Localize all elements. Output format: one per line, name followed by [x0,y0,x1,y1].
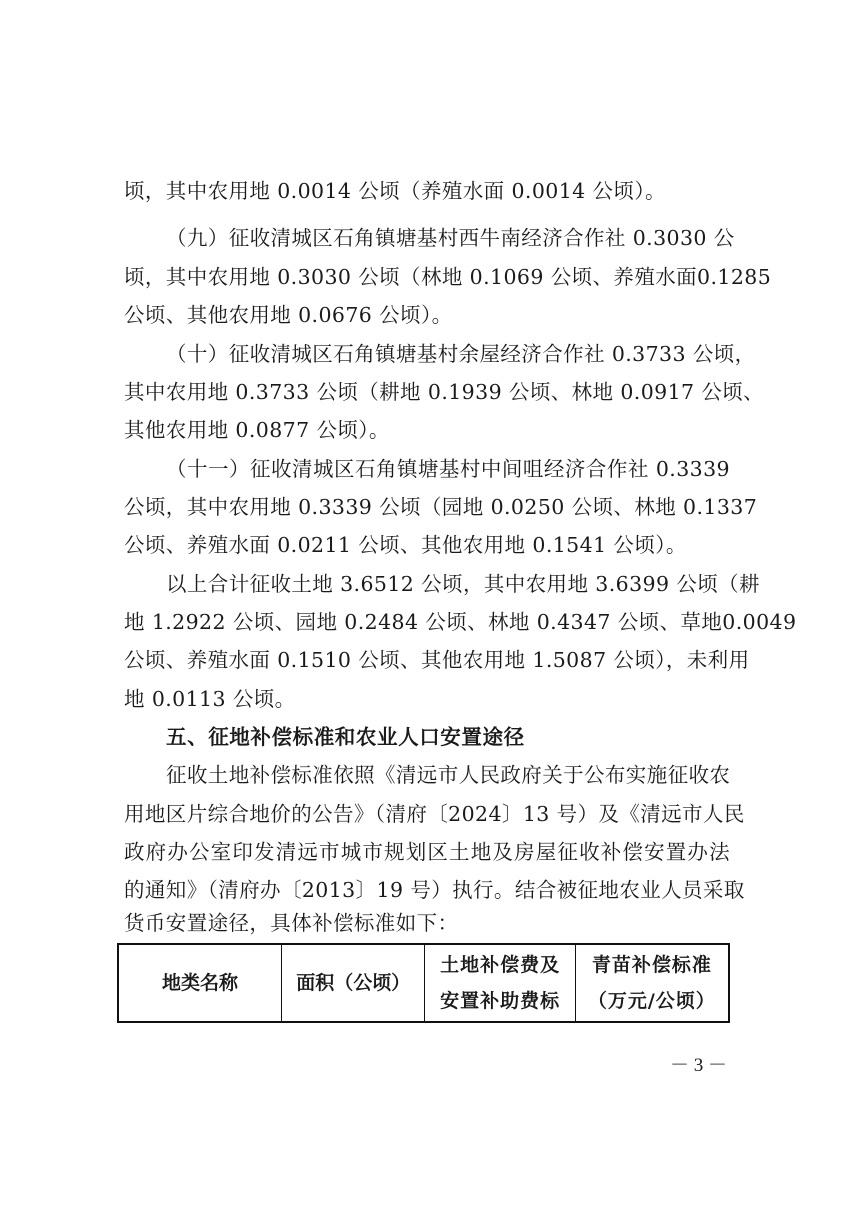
section-paragraph-line-3: 政府办公室印发清远市城市规划区土地及房屋征收补偿安置办法 [124,837,730,867]
section-paragraph-line-4: 的通知》（清府办〔2013〕19 号）执行。结合被征地农业人员采取 [124,875,730,905]
paragraph-total-line-2: 地 1.2922 公顷、园地 0.2484 公顷、林地 0.4347 公顷、草地… [124,607,730,637]
paragraph-item-10-line-1: （十）征收清城区石角镇塘基村余屋经济合作社 0.3733 公顷， [166,339,730,369]
header-crop-compensation-line-2: （万元/公顷） [576,983,728,1019]
header-area-label: 面积（公顷） [296,972,410,994]
section-paragraph-line-2: 用地区片综合地价的公告》（清府〔2024〕13 号）及《清远市人民 [124,799,730,829]
paragraph-item-11-line-1: （十一）征收清城区石角镇塘基村中间咀经济合作社 0.3339 [166,454,730,484]
header-land-compensation-line-2: 安置补助费标 [425,983,574,1019]
header-land-compensation: 土地补偿费及 安置补助费标 [425,944,575,1022]
paragraph-item-10-line-3: 其他农用地 0.0877 公顷）。 [124,415,730,445]
document-page: 顷，其中农用地 0.0014 公顷（养殖水面 0.0014 公顷）。 （九）征收… [0,0,850,1212]
header-land-type: 地类名称 [118,944,282,1022]
paragraph-continuation: 顷，其中农用地 0.0014 公顷（养殖水面 0.0014 公顷）。 [124,176,730,206]
paragraph-item-11-line-3: 公顷、养殖水面 0.0211 公顷、其他农用地 0.1541 公顷）。 [124,530,730,560]
paragraph-total-line-4: 地 0.0113 公顷。 [124,684,730,714]
table-header-row: 地类名称 面积（公顷） 土地补偿费及 安置补助费标 青苗补偿标准 （万元/公顷） [118,944,729,1022]
paragraph-item-9-line-3: 公顷、其他农用地 0.0676 公顷）。 [124,300,730,330]
section-paragraph-line-1: 征收土地补偿标准依照《清远市人民政府关于公布实施征收农 [166,760,730,790]
header-area: 面积（公顷） [282,944,425,1022]
compensation-table: 地类名称 面积（公顷） 土地补偿费及 安置补助费标 青苗补偿标准 （万元/公顷） [117,943,730,1023]
header-crop-compensation-line-1: 青苗补偿标准 [576,947,728,983]
paragraph-item-9-line-1: （九）征收清城区石角镇塘基村西牛南经济合作社 0.3030 公 [166,223,730,253]
paragraph-item-10-line-2: 其中农用地 0.3733 公顷（耕地 0.1939 公顷、林地 0.0917 公… [124,377,730,407]
paragraph-total-line-1: 以上合计征收土地 3.6512 公顷，其中农用地 3.6399 公顷（耕 [166,569,730,599]
paragraph-total-line-3: 公顷、养殖水面 0.1510 公顷、其他农用地 1.5087 公顷），未利用 [124,645,730,675]
section-heading: 五、征地补偿标准和农业人口安置途径 [166,722,525,752]
paragraph-item-11-line-2: 公顷，其中农用地 0.3339 公顷（园地 0.0250 公顷、林地 0.133… [124,492,730,522]
header-crop-compensation: 青苗补偿标准 （万元/公顷） [575,944,729,1022]
header-land-type-label: 地类名称 [162,972,238,994]
paragraph-item-9-line-2: 顷，其中农用地 0.3030 公顷（林地 0.1069 公顷、养殖水面0.128… [124,262,730,292]
header-land-compensation-line-1: 土地补偿费及 [425,947,574,983]
page-number: － 3 － [670,1050,727,1077]
section-paragraph-line-5: 货币安置途径，具体补偿标准如下： [124,908,730,938]
